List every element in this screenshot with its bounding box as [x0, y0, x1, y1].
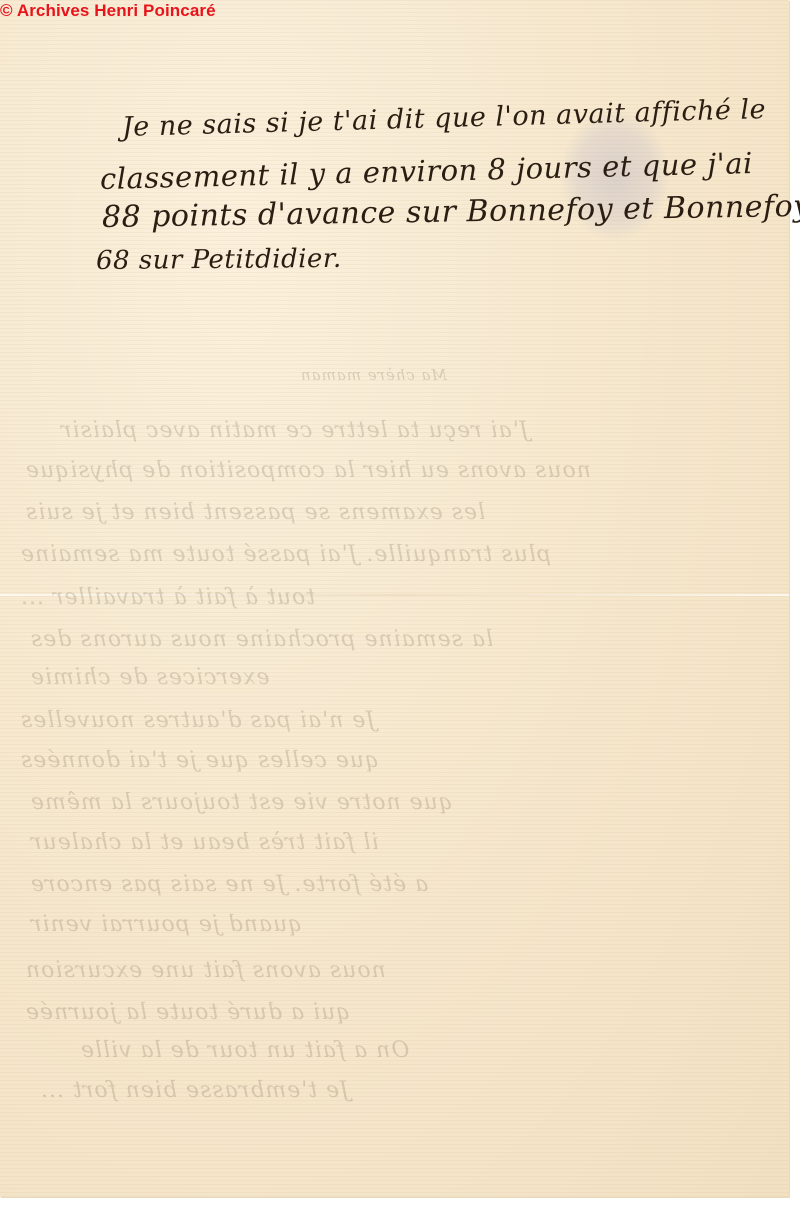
bleed-through-line: les examens se passent bien et je suis: [25, 500, 485, 525]
bleed-through-line: plus tranquille. J'ai passé toute ma sem…: [20, 542, 551, 567]
bleed-through-line: nous avons eu hier la composition de phy…: [25, 458, 591, 483]
bleed-through-line: que celles que je t'ai données: [20, 748, 379, 773]
handwritten-line: Je ne sais si je t'ai dit que l'on avait…: [122, 94, 767, 143]
bleed-through-line: On a fait un tour de la ville: [80, 1038, 409, 1063]
bleed-through-line: que notre vie est toujours la même: [30, 790, 453, 815]
copyright-watermark: © Archives Henri Poincaré: [0, 1, 216, 21]
bleed-through-line: la semaine prochaine nous aurons des: [30, 627, 493, 652]
bleed-through-line: quand je pourrai venir: [30, 912, 302, 937]
bleed-through-line: J'ai reçu ta lettre ce matin avec plaisi…: [60, 418, 529, 443]
bleed-through-line: Ma chère maman: [300, 366, 447, 384]
bleed-through-line: Je t'embrasse bien fort ...: [40, 1078, 349, 1103]
bleed-through-line: nous avons fait une excursion: [25, 958, 386, 983]
bleed-through-line: Je n'ai pas d'autres nouvelles: [20, 708, 375, 733]
bleed-through-line: qui a duré toute la journée: [25, 1000, 350, 1025]
handwritten-line: 88 points d'avance sur Bonnefoy et Bonne…: [102, 189, 800, 235]
bleed-through-line: exercices de chimie: [30, 665, 269, 690]
bleed-through-line: il fait très beau et la chaleur: [30, 830, 379, 855]
handwritten-line: 68 sur Petitdidier.: [96, 244, 342, 276]
manuscript-page: Ma chère maman J'ai reçu ta lettre ce ma…: [0, 0, 789, 1197]
bleed-through-line: a été forte. Je ne sais pas encore: [30, 872, 428, 897]
bleed-through-line: tout à fait à travailler ...: [20, 585, 315, 610]
